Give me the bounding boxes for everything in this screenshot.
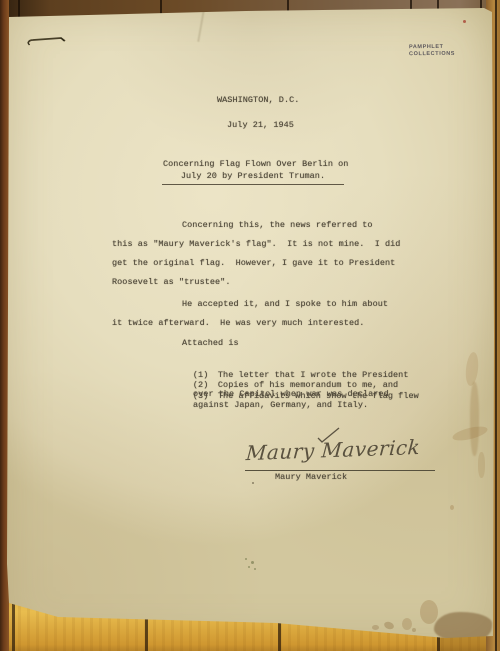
body-line: this as "Maury Maverick's flag". It is n… (112, 238, 400, 250)
photo-scene: PAMPHLET COLLECTIONS WASHINGTON, D.C. Ju… (0, 0, 500, 651)
staple (26, 34, 68, 52)
body-line: it twice afterward. He was very much int… (112, 317, 364, 329)
ink-speck (252, 482, 254, 484)
stamp-line-2: COLLECTIONS (409, 51, 455, 58)
foxing-spot (450, 505, 454, 510)
body-line: get the original flag. However, I gave i… (112, 257, 395, 269)
attached-label: Attached is (182, 337, 239, 349)
stain-drip (464, 351, 479, 386)
heading-city: WASHINGTON, D.C. (217, 94, 299, 106)
body-line: Concerning this, the news referred to (182, 219, 373, 231)
stain-drip (478, 452, 485, 478)
doc-title-line2: July 20 by President Truman. (162, 170, 344, 185)
heading-date: July 21, 1945 (227, 119, 294, 131)
plank-gap (495, 0, 497, 651)
library-stamp: PAMPHLET COLLECTIONS (409, 44, 455, 58)
signature-typed-name: Maury Maverick (275, 471, 347, 483)
stain-drip (470, 382, 479, 456)
pencil-speckles (243, 556, 265, 574)
handwritten-signature: Maury Maverick (245, 435, 421, 465)
stain-splatter (402, 618, 412, 630)
body-line: Roosevelt as "trustee". (112, 276, 230, 288)
crease-mark (197, 10, 205, 42)
attachment-continuation: against Japan, Germany, and Italy. (193, 399, 368, 411)
stain-splatter (383, 621, 395, 631)
stain-splatter (372, 625, 379, 630)
stain-splatter (420, 600, 438, 624)
red-speck (463, 20, 466, 23)
stain-drip (451, 424, 489, 443)
stain-splatter (412, 628, 416, 632)
body-line: He accepted it, and I spoke to him about (182, 298, 388, 310)
plank-gap (18, 0, 20, 18)
doc-title-line1: Concerning Flag Flown Over Berlin on (163, 158, 348, 170)
document-page: PAMPHLET COLLECTIONS WASHINGTON, D.C. Ju… (6, 4, 495, 641)
